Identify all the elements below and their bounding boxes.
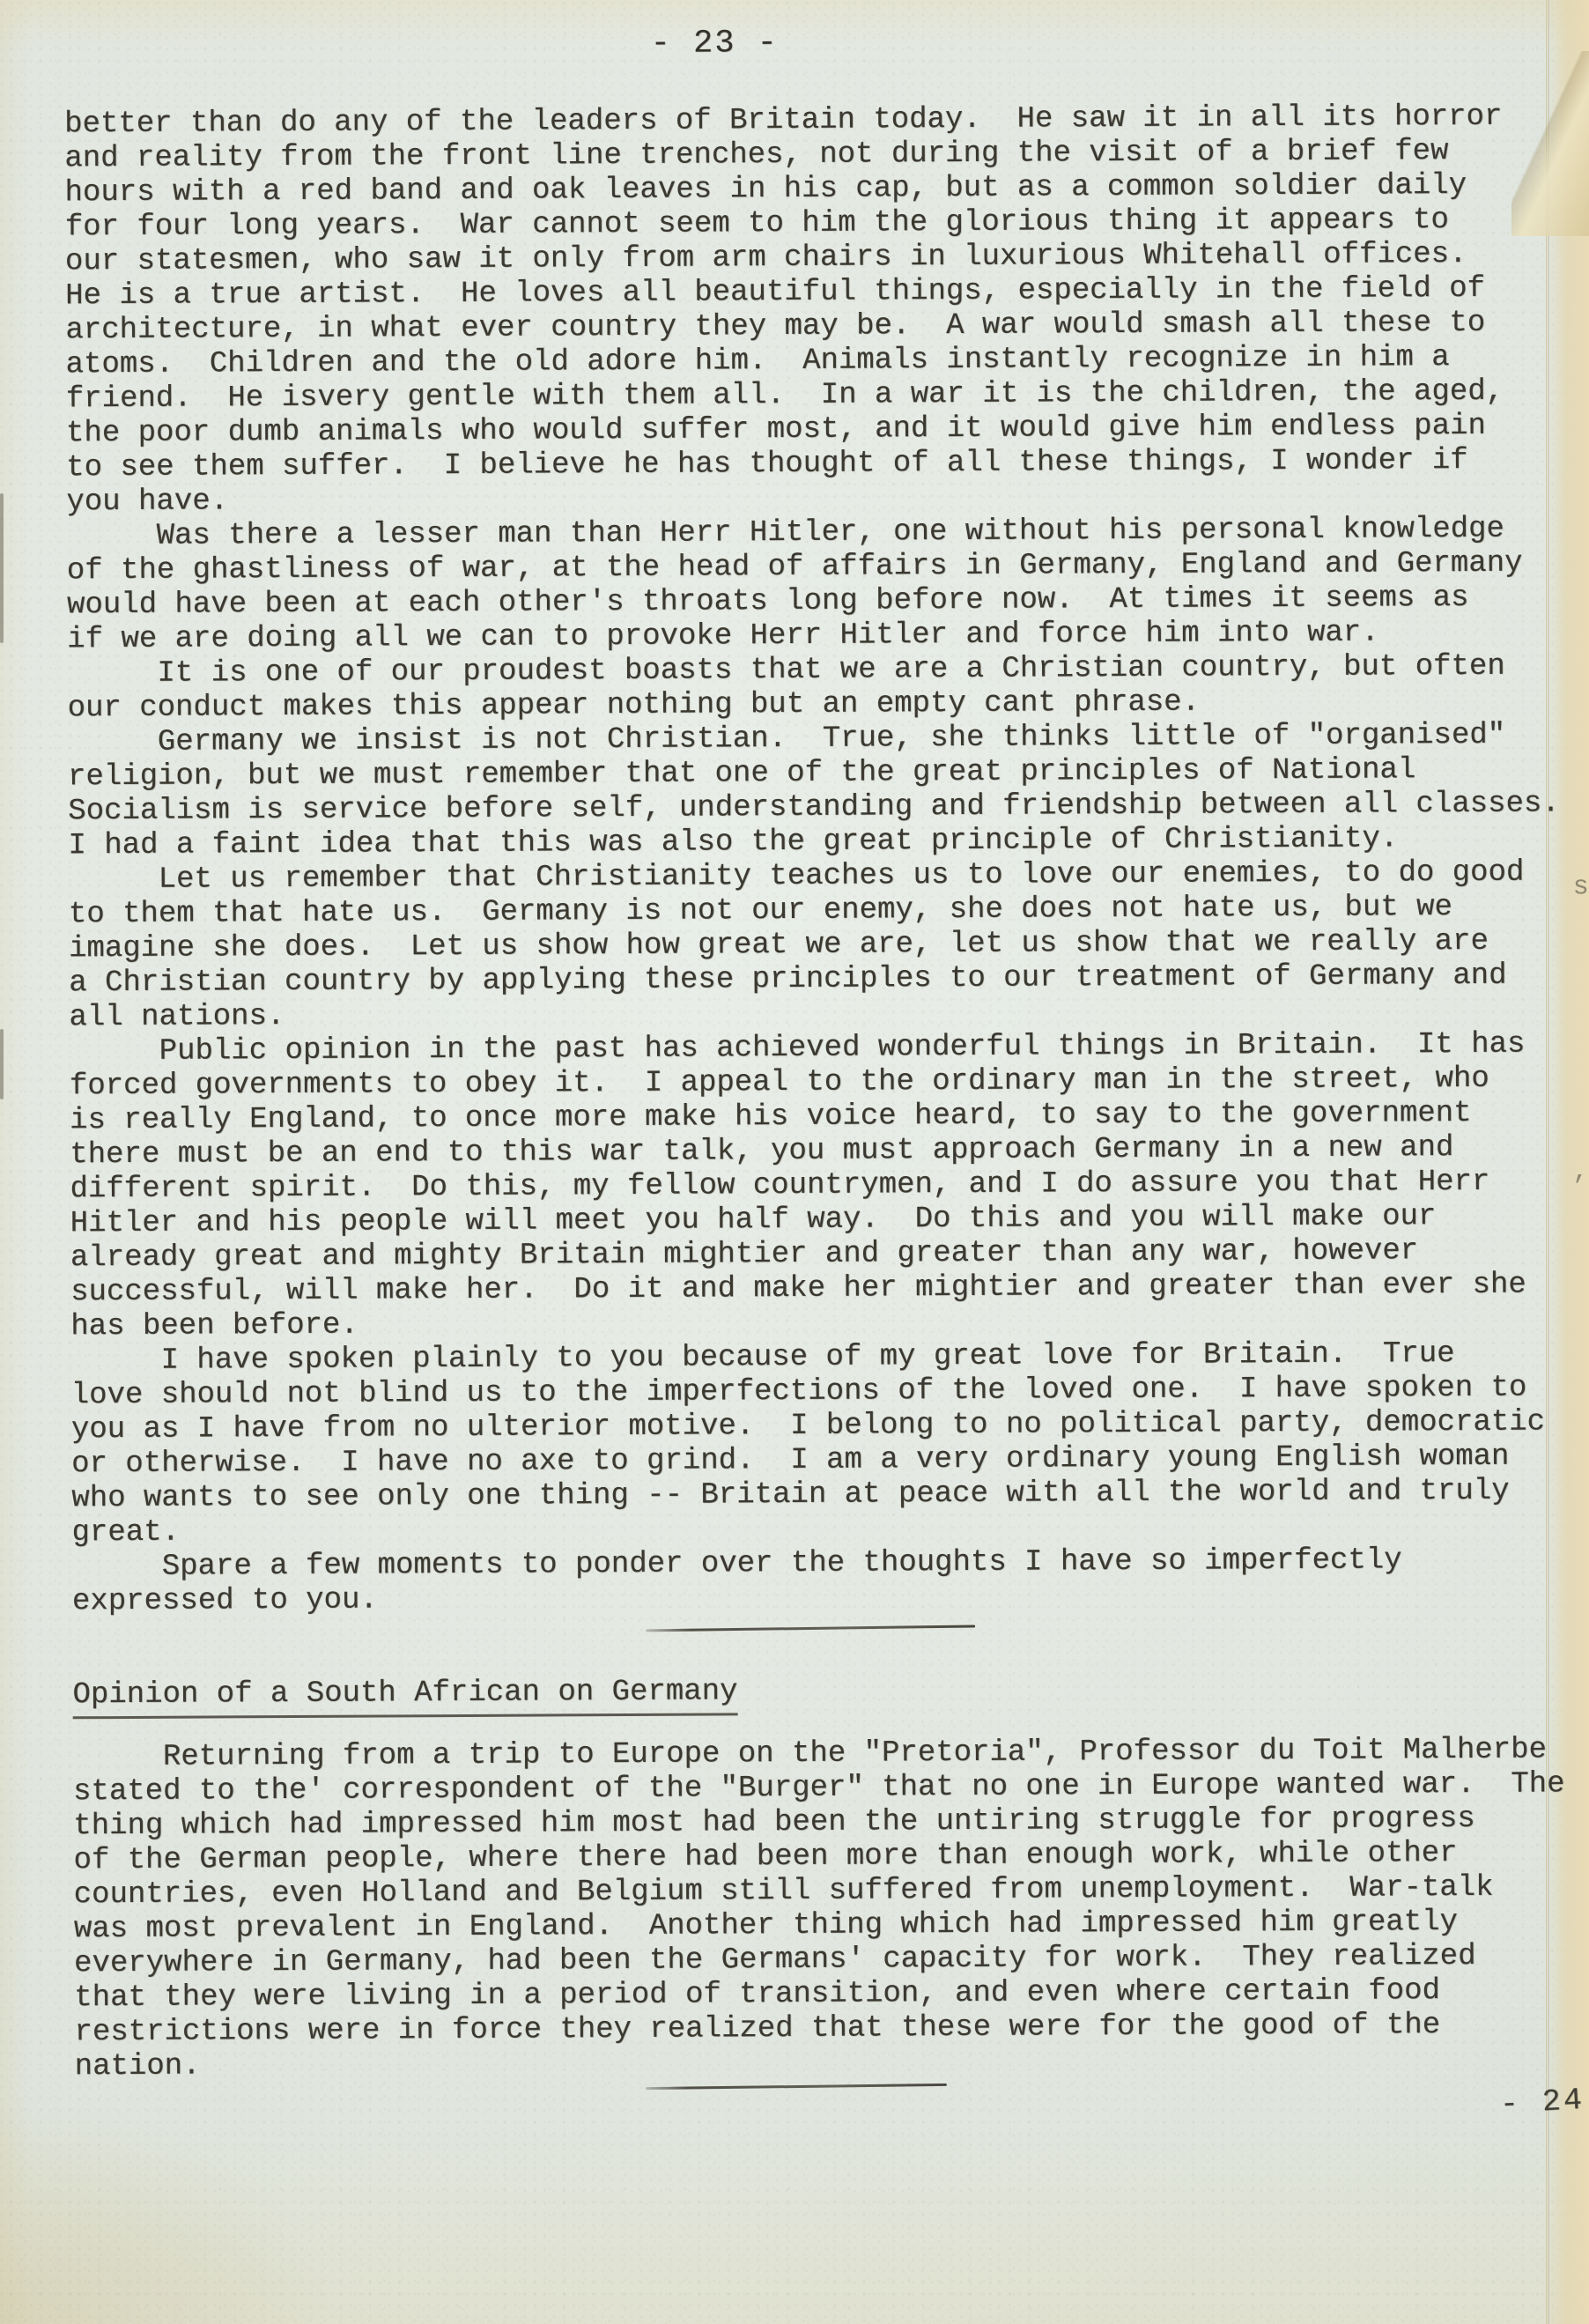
- paragraph: Germany we insist is not Christian. True…: [68, 718, 1560, 863]
- paragraph: It is one of our proudest boasts that we…: [67, 649, 1559, 726]
- section-heading: Opinion of a South African on Germany: [72, 1675, 737, 1713]
- bleed-through-mark: ,: [1572, 1157, 1588, 1187]
- main-body-text: better than do any of the leaders of Bri…: [64, 100, 1563, 1619]
- paragraph: I have spoken plainly to you because of …: [70, 1336, 1563, 1551]
- paragraph: Let us remember that Christianity teache…: [69, 855, 1561, 1035]
- scanned-document-page: - 23 - better than do any of the leaders…: [0, 0, 1589, 2324]
- section-heading-text: Opinion of a South African on Germany: [72, 1675, 737, 1719]
- paragraph: Spare a few moments to ponder over the t…: [72, 1543, 1564, 1619]
- bleed-through-mark: s: [1573, 872, 1589, 902]
- page-number-bottom: - 24: [1499, 2083, 1585, 2122]
- page-number-top: - 23 -: [651, 26, 779, 62]
- paragraph: Public opinion in the past has achieved …: [70, 1027, 1563, 1344]
- paragraph: Returning from a trip to Europe on the "…: [73, 1733, 1567, 2084]
- paragraph: Was there a lesser man than Herr Hitler,…: [67, 512, 1559, 657]
- section-divider-line: [646, 1625, 975, 1632]
- page-content: - 23 - better than do any of the leaders…: [0, 0, 1589, 2324]
- section-body-text: Returning from a trip to Europe on the "…: [73, 1733, 1567, 2084]
- end-divider-line: [646, 2083, 947, 2090]
- paragraph: better than do any of the leaders of Bri…: [64, 100, 1558, 520]
